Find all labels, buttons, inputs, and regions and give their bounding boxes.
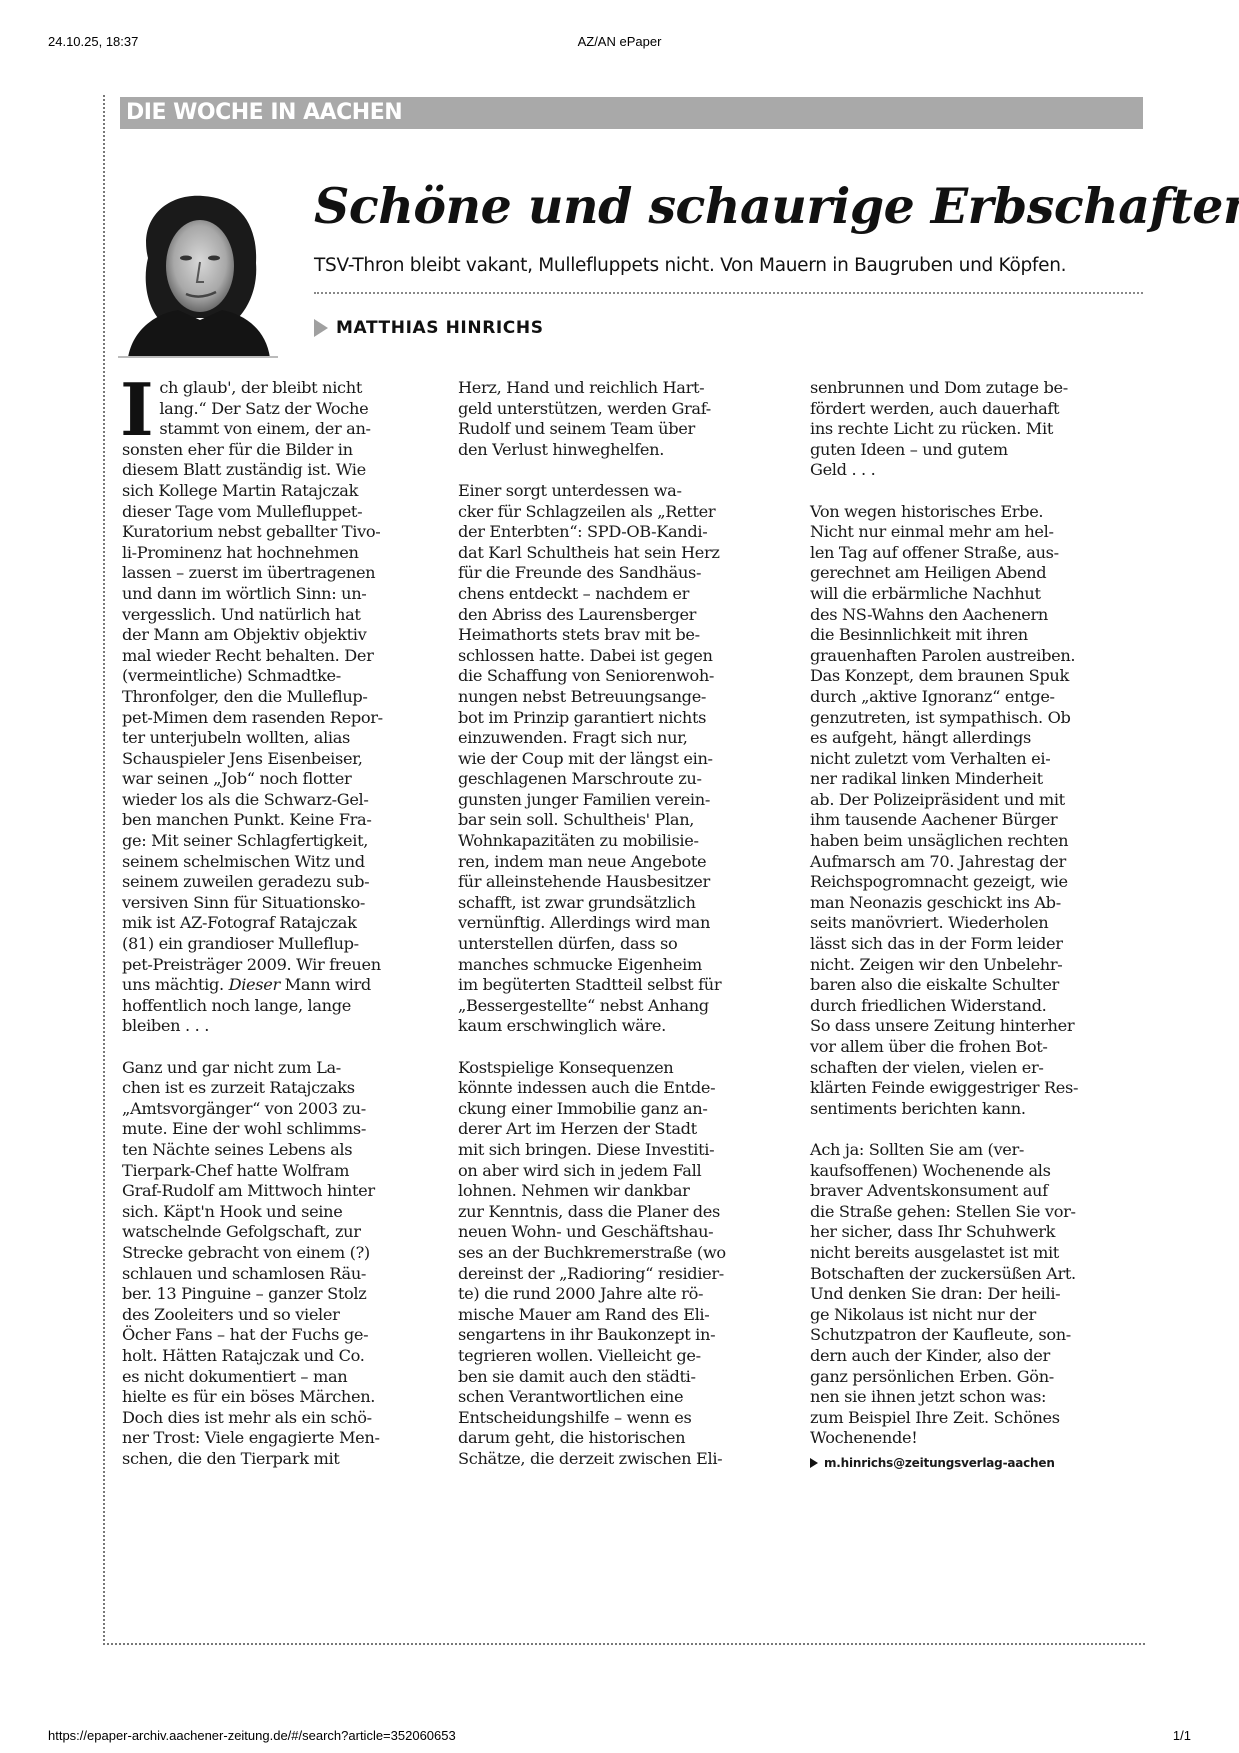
subheadline: TSV-Thron bleibt vakant, Mullefluppets n… <box>314 255 1134 276</box>
print-page-number: 1/1 <box>1173 1728 1191 1743</box>
byline-arrow-icon <box>314 319 328 337</box>
paragraph: Herz, Hand und reichlich Hart- geld unte… <box>458 378 778 460</box>
article-column-1: Ich glaub', der bleibt nicht lang.“ Der … <box>122 378 442 1469</box>
author-name: MATTHIAS HINRICHS <box>336 318 544 338</box>
author-email-text[interactable]: m.hinrichs@zeitungsverlag-aachen <box>824 1453 1055 1474</box>
paragraph: senbrunnen und Dom zutage be- fördert we… <box>810 378 1130 481</box>
subhead-divider <box>314 292 1143 294</box>
article-column-2: Herz, Hand und reichlich Hart- geld unte… <box>458 378 778 1469</box>
paragraph: Einer sorgt unterdessen wa- cker für Sch… <box>458 481 778 1037</box>
headline: Schöne und schaurige Erbschaften <box>314 176 1134 236</box>
print-footer: https://epaper-archiv.aachener-zeitung.d… <box>0 1728 1239 1748</box>
print-header: 24.10.25, 18:37 AZ/AN ePaper <box>0 34 1239 54</box>
author-email[interactable]: m.hinrichs@zeitungsverlag-aachen <box>810 1453 1130 1474</box>
paragraph: Von wegen historisches Erbe. Nicht nur e… <box>810 502 1130 1120</box>
email-arrow-icon <box>810 1458 818 1468</box>
article-column-3: senbrunnen und Dom zutage be- fördert we… <box>810 378 1130 1473</box>
author-photo <box>118 178 278 358</box>
emphasis: Dieser <box>229 975 280 994</box>
paragraph: Ganz und gar nicht zum La- chen ist es z… <box>122 1058 442 1470</box>
paragraph: Ach ja: Sollten Sie am (ver- kaufsoffene… <box>810 1140 1130 1449</box>
print-url[interactable]: https://epaper-archiv.aachener-zeitung.d… <box>48 1728 456 1743</box>
print-title: AZ/AN ePaper <box>0 34 1239 49</box>
paragraph: Kostspielige Konsequenzen könnte indesse… <box>458 1058 778 1470</box>
section-label: DIE WOCHE IN AACHEN <box>120 97 1143 129</box>
byline: MATTHIAS HINRICHS <box>314 316 544 340</box>
paragraph: Ich glaub', der bleibt nicht lang.“ Der … <box>122 378 442 1037</box>
drop-cap: I <box>120 381 153 439</box>
author-portrait-icon <box>118 178 278 358</box>
